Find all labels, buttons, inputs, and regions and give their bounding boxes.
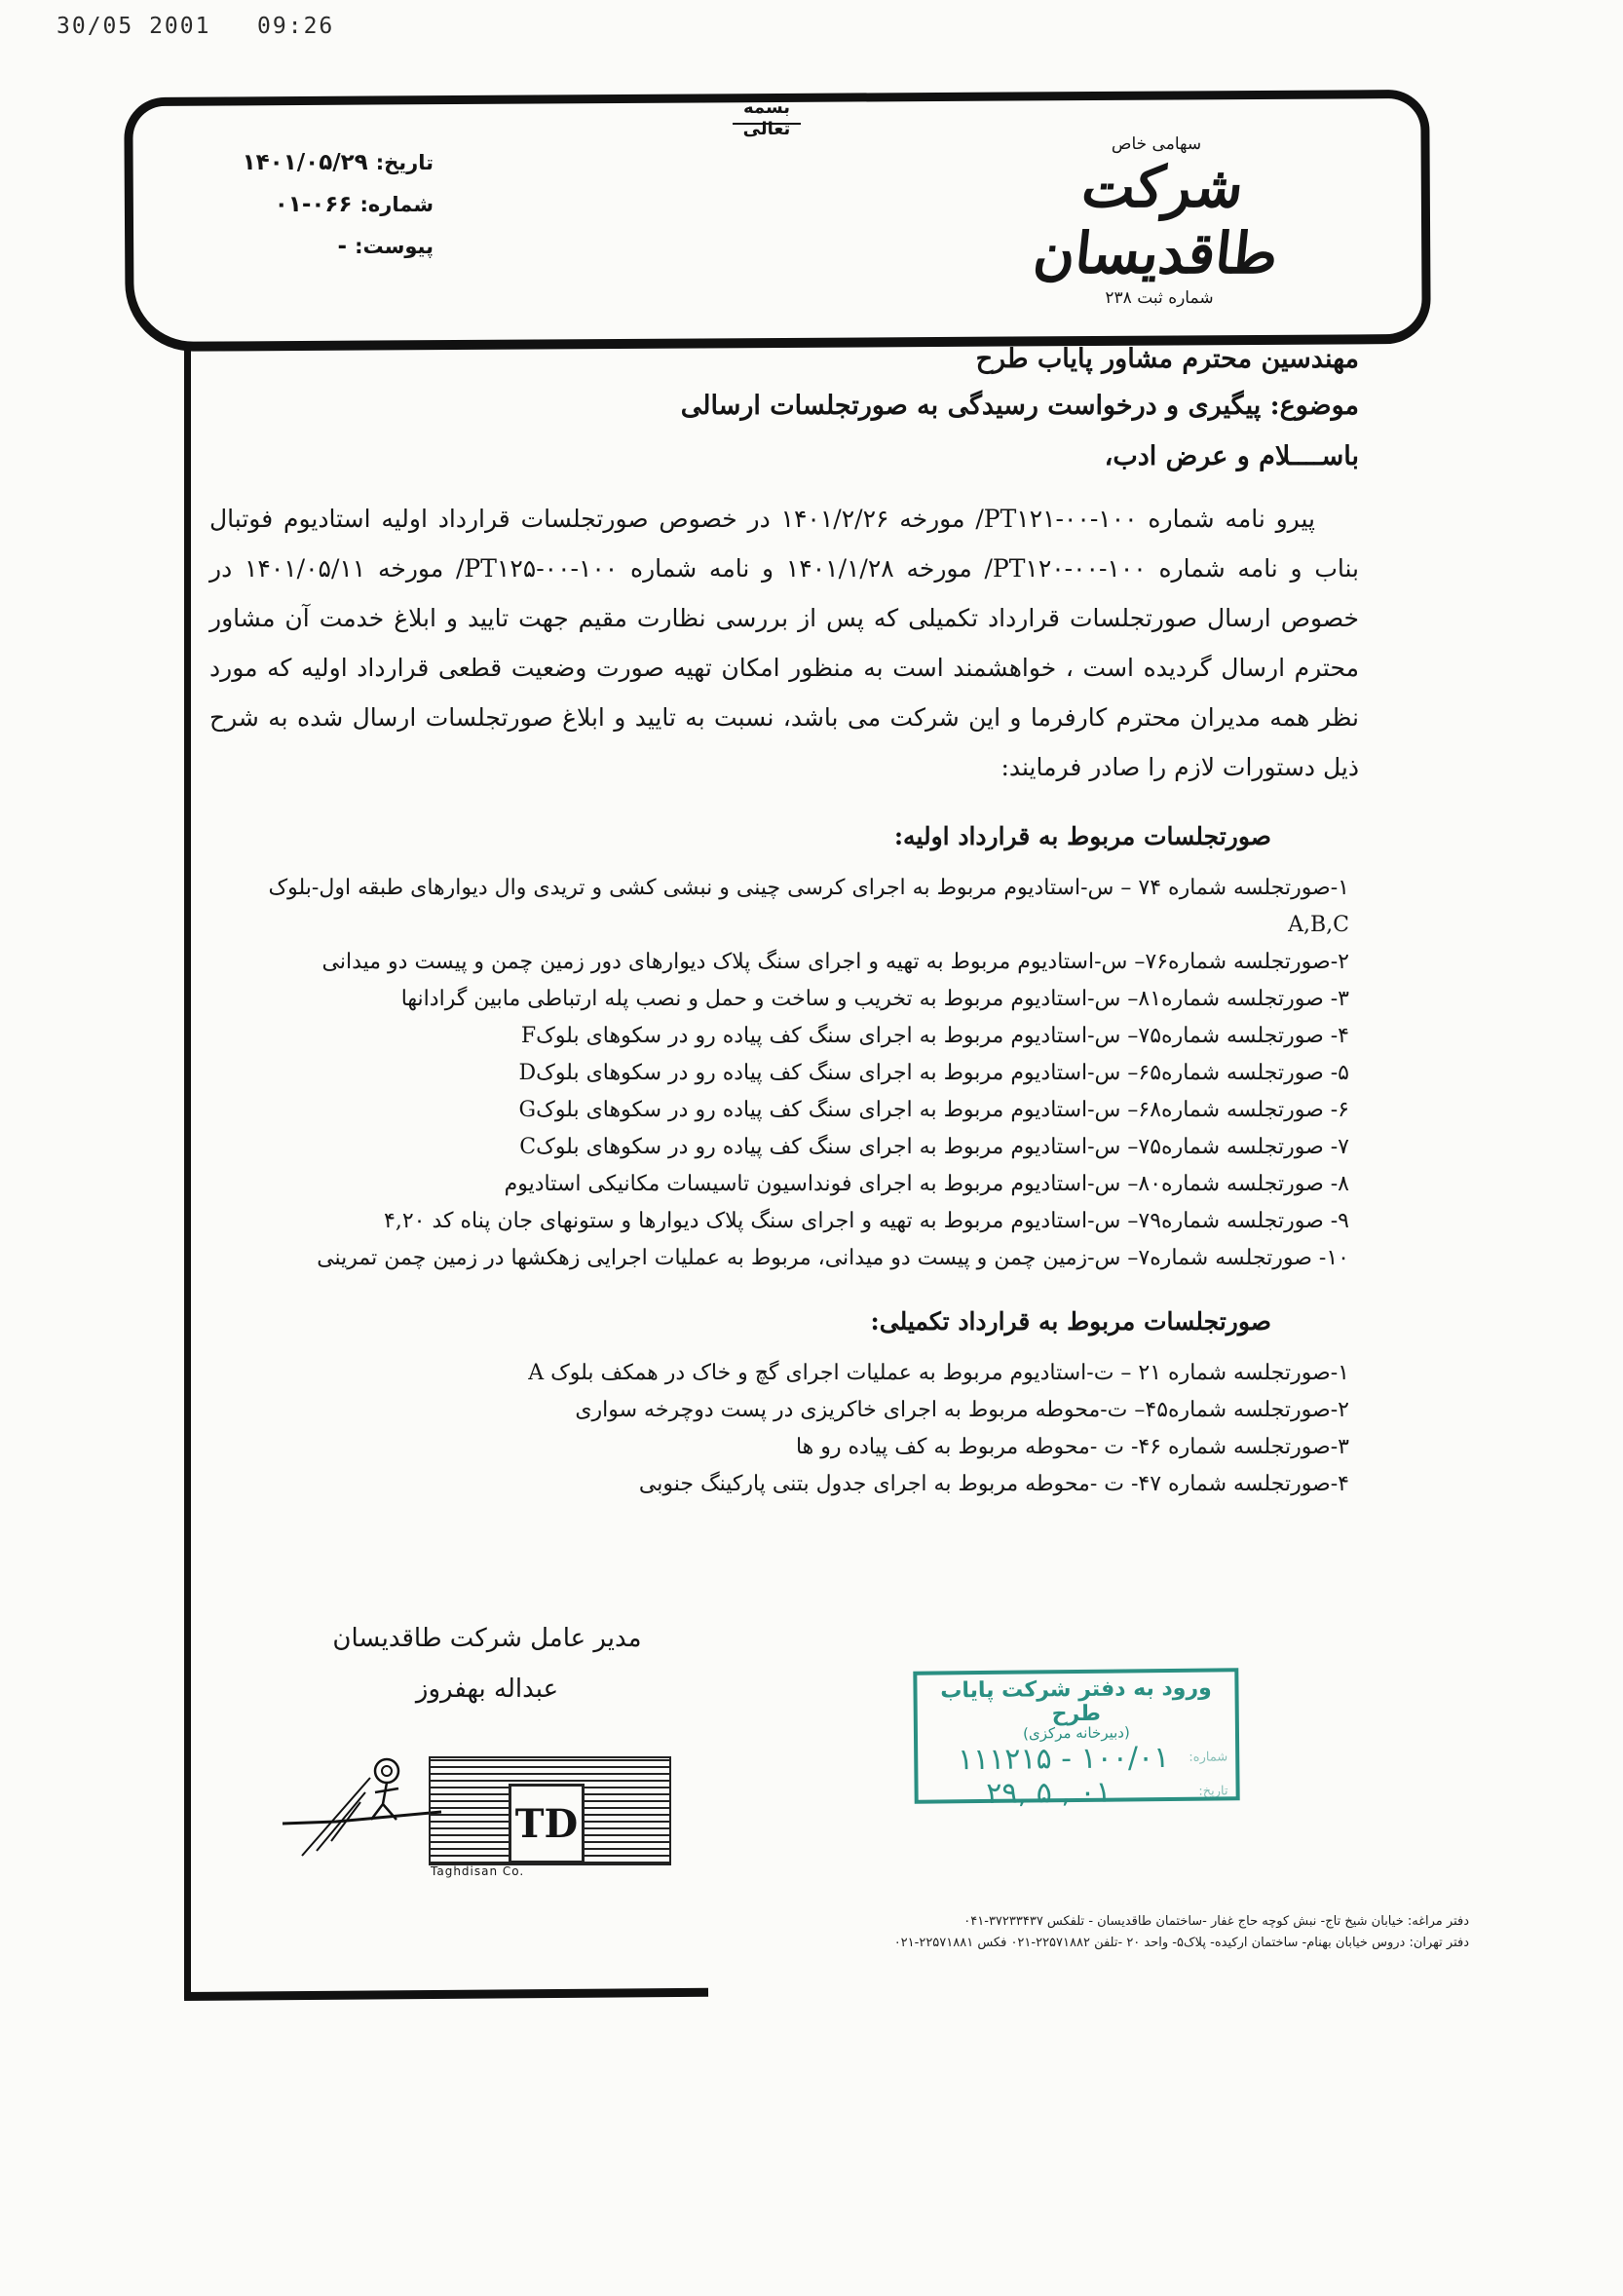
list-item: ۱-صورتجلسه شماره ۲۱ – ت-استادیوم مربوط ب…	[209, 1355, 1349, 1392]
footer-line-maragheh: دفتر مراغه: خیابان شیخ تاج- نبش کوچه حاج…	[816, 1911, 1469, 1933]
stamp-number: ۱۰۰/۰۱ - ۱۱۱۲۱۵	[958, 1741, 1170, 1777]
left-border-rule	[184, 343, 191, 1999]
signer-name: عبداله بهفروز	[292, 1660, 682, 1718]
greeting: باســــلام و عرض ادب،	[209, 433, 1359, 480]
subject: موضوع: پیگیری و درخواست رسیدگی به صورتجل…	[209, 383, 1359, 430]
company-type: سهامی خاص	[1112, 134, 1201, 154]
letter-attachment: -	[338, 226, 348, 268]
initial-contract-list: ۱-صورتجلسه شماره ۷۴ – س-استادیوم مربوط ب…	[209, 870, 1359, 1277]
letter-body: مهندسین محترم مشاور پایاب طرح موضوع: پیگ…	[209, 336, 1359, 1503]
seal-logo-icon: TD	[509, 1784, 585, 1863]
meta-attachment: پیوست: -	[200, 226, 434, 268]
registration-number: شماره ثبت ۲۳۸	[974, 288, 1344, 308]
stamp-number-row: شماره: ۱۰۰/۰۱ - ۱۱۱۲۱۵	[918, 1740, 1235, 1777]
receipt-stamp: ورود به دفتر شرکت پایاب طرح (دبیرخانه مر…	[913, 1668, 1239, 1803]
recipient: مهندسین محترم مشاور پایاب طرح	[209, 336, 1359, 383]
invocation: بسمه تعالی	[733, 95, 801, 125]
meta-number: شماره: ۰۱-۰۶۶	[200, 184, 434, 226]
fax-time: 09:26	[257, 14, 334, 39]
list-item: ۳-صورتجلسه شماره ۴۶- ت -محوطه مربوط به ک…	[209, 1429, 1349, 1466]
letter-number: ۰۱-۰۶۶	[275, 184, 353, 226]
list-item: ۹- صورتجلسه شماره۷۹– س-استادیوم مربوط به…	[209, 1203, 1349, 1240]
signer-title: مدیر عامل شرکت طاقدیسان	[292, 1617, 682, 1660]
signature-block: مدیر عامل شرکت طاقدیسان عبداله بهفروز	[292, 1617, 682, 1718]
list-item: ۵- صورتجلسه شماره۶۵– س-استادیوم مربوط به…	[209, 1055, 1349, 1092]
initial-contract-title: صورتجلسات مربوط به قرارداد اولیه:	[209, 817, 1271, 856]
fax-date: 30/05 2001	[57, 14, 210, 39]
list-item: ۸- صورتجلسه شماره۸۰– س-استادیوم مربوط به…	[209, 1166, 1349, 1203]
company-logo: سهامی خاص شرکت طاقدیسان شماره ثبت ۲۳۸	[974, 117, 1344, 308]
supplementary-contract-title: صورتجلسات مربوط به قرارداد تکمیلی:	[209, 1302, 1271, 1341]
list-item: ۶- صورتجلسه شماره۶۸– س-استادیوم مربوط به…	[209, 1092, 1349, 1129]
fax-timestamp: 30/05 2001 09:26	[57, 14, 334, 39]
list-item: ۱-صورتجلسه شماره ۷۴ – س-استادیوم مربوط ب…	[209, 870, 1349, 944]
list-item: ۲-صورتجلسه شماره۷۶– س-استادیوم مربوط به …	[209, 944, 1349, 981]
list-item: ۴- صورتجلسه شماره۷۵– س-استادیوم مربوط به…	[209, 1018, 1349, 1055]
company-seal: TD	[429, 1756, 671, 1865]
list-item: ۲-صورتجلسه شماره۴۵– ت-محوطه مربوط به اجر…	[209, 1392, 1349, 1429]
list-item: ۴-صورتجلسه شماره ۴۷- ت -محوطه مربوط به ا…	[209, 1466, 1349, 1503]
list-item: ۷- صورتجلسه شماره۷۵– س-استادیوم مربوط به…	[209, 1129, 1349, 1166]
letter-meta: تاریخ: ۱۴۰۱/۰۵/۲۹ شماره: ۰۱-۰۶۶ پیوست: -	[200, 142, 434, 268]
bottom-border-rule	[184, 1988, 708, 2001]
main-paragraph: پیرو نامه شماره PT۱۲۱-۰۰-۱۰۰/ مورخه ۱۴۰۱…	[209, 494, 1359, 792]
seal-caption: Taghdisan Co.	[431, 1864, 524, 1878]
signature-icon	[278, 1744, 443, 1861]
stamp-title: ورود به دفتر شرکت پایاب طرح	[917, 1675, 1235, 1727]
footer-address: دفتر مراغه: خیابان شیخ تاج- نبش کوچه حاج…	[816, 1911, 1469, 1954]
stamp-date: ۰۱ , ۵ ,۲۹	[986, 1776, 1112, 1811]
list-item: ۳- صورتجلسه شماره۸۱– س-استادیوم مربوط به…	[209, 981, 1349, 1018]
footer-line-tehran: دفتر تهران: دروس خیابان بهنام- ساختمان ا…	[816, 1933, 1469, 1954]
letter-date: ۱۴۰۱/۰۵/۲۹	[243, 142, 368, 184]
company-name: شرکت طاقدیسان	[967, 154, 1351, 286]
meta-date: تاریخ: ۱۴۰۱/۰۵/۲۹	[200, 142, 434, 184]
list-item: ۱۰- صورتجلسه شماره۷– س-زمین چمن و پیست د…	[209, 1240, 1349, 1277]
stamp-date-row: تاریخ: ۰۱ , ۵ ,۲۹	[918, 1774, 1235, 1811]
supplementary-contract-list: ۱-صورتجلسه شماره ۲۱ – ت-استادیوم مربوط ب…	[209, 1355, 1359, 1503]
